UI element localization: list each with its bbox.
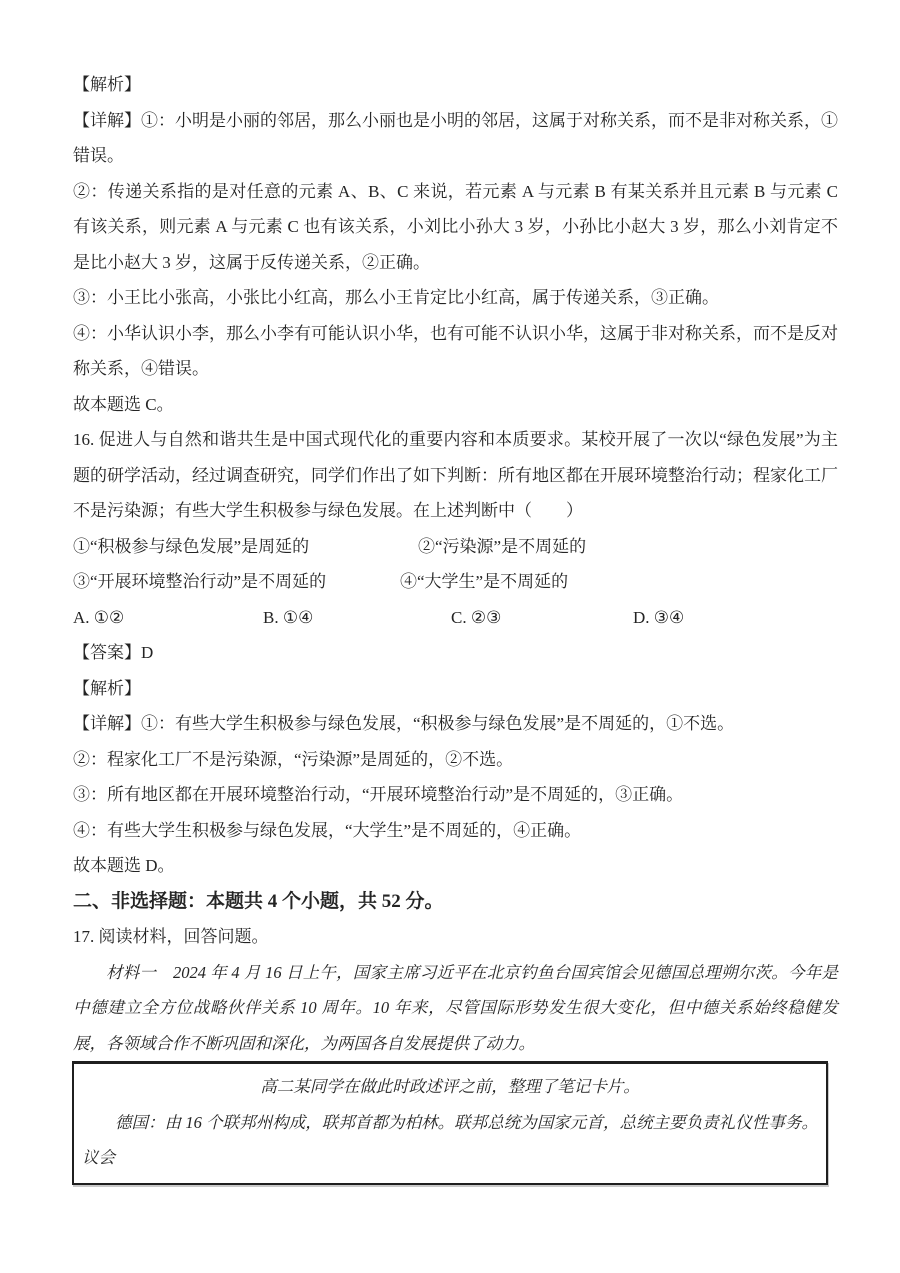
q16-conclusion: 故本题选 D。 — [73, 848, 838, 884]
note-card-heading: 高二某同学在做此时政述评之前，整理了笔记卡片。 — [82, 1069, 818, 1105]
q15-detail-line-2: ②：传递关系指的是对任意的元素 A、B、C 来说，若元素 A 与元素 B 有某关… — [73, 174, 838, 281]
note-card-body: 德国：由 16 个联邦州构成，联邦首都为柏林。联邦总统为国家元首，总统主要负责礼… — [82, 1105, 818, 1176]
section-heading: 二、非选择题：本题共 4 个小题，共 52 分。 — [73, 884, 838, 920]
q15-analysis-label: 【解析】 — [73, 67, 838, 103]
document-content: 【解析】 【详解】①：小明是小丽的邻居，那么小丽也是小明的邻居，这属于对称关系，… — [73, 67, 838, 1185]
option-c: C. ②③ — [451, 600, 633, 636]
q16-answer: 【答案】D — [73, 635, 838, 671]
option-a: A. ①② — [73, 600, 263, 636]
q16-stem: 16. 促进人与自然和谐共生是中国式现代化的重要内容和本质要求。某校开展了一次以… — [73, 422, 838, 529]
q16-detail-line-3: ③：所有地区都在开展环境整治行动，“开展环境整治行动”是不周延的，③正确。 — [73, 777, 838, 813]
q15-detail-line-1: 【详解】①：小明是小丽的邻居，那么小丽也是小明的邻居，这属于对称关系，而不是非对… — [73, 103, 838, 174]
note-card: 高二某同学在做此时政述评之前，整理了笔记卡片。 德国：由 16 个联邦州构成，联… — [72, 1061, 828, 1185]
q15-conclusion: 故本题选 C。 — [73, 387, 838, 423]
q15-detail-line-4: ④：小华认识小李，那么小李有可能认识小华，也有可能不认识小华，这属于非对称关系，… — [73, 316, 838, 387]
q15-detail-line-3: ③：小王比小张高，小张比小红高，那么小王肯定比小红高，属于传递关系，③正确。 — [73, 280, 838, 316]
q16-statements-row-1: ①“积极参与绿色发展”是周延的②“污染源”是不周延的 — [73, 529, 838, 565]
q16-detail-line-2: ②：程家化工厂不是污染源，“污染源”是周延的，②不选。 — [73, 742, 838, 778]
q16-analysis-label: 【解析】 — [73, 671, 838, 707]
q17-material-1: 材料一 2024 年 4 月 16 日上午，国家主席习近平在北京钓鱼台国宾馆会见… — [73, 955, 838, 1062]
q16-detail-line-4: ④：有些大学生积极参与绿色发展，“大学生”是不周延的，④正确。 — [73, 813, 838, 849]
option-b: B. ①④ — [263, 600, 451, 636]
q16-detail-line-1: 【详解】①：有些大学生积极参与绿色发展，“积极参与绿色发展”是不周延的，①不选。 — [73, 706, 838, 742]
statement-3: ③“开展环境整治行动”是不周延的 — [73, 564, 400, 600]
document-page: 【解析】 【详解】①：小明是小丽的邻居，那么小丽也是小明的邻居，这属于对称关系，… — [0, 0, 900, 1273]
statement-1: ①“积极参与绿色发展”是周延的 — [73, 529, 418, 565]
q17-lead: 17. 阅读材料，回答问题。 — [73, 919, 838, 955]
statement-4: ④“大学生”是不周延的 — [400, 572, 568, 591]
q16-statements-row-2: ③“开展环境整治行动”是不周延的④“大学生”是不周延的 — [73, 564, 838, 600]
statement-2: ②“污染源”是不周延的 — [418, 537, 586, 556]
option-d: D. ③④ — [633, 608, 684, 627]
q16-options-row: A. ①②B. ①④C. ②③D. ③④ — [73, 600, 838, 636]
